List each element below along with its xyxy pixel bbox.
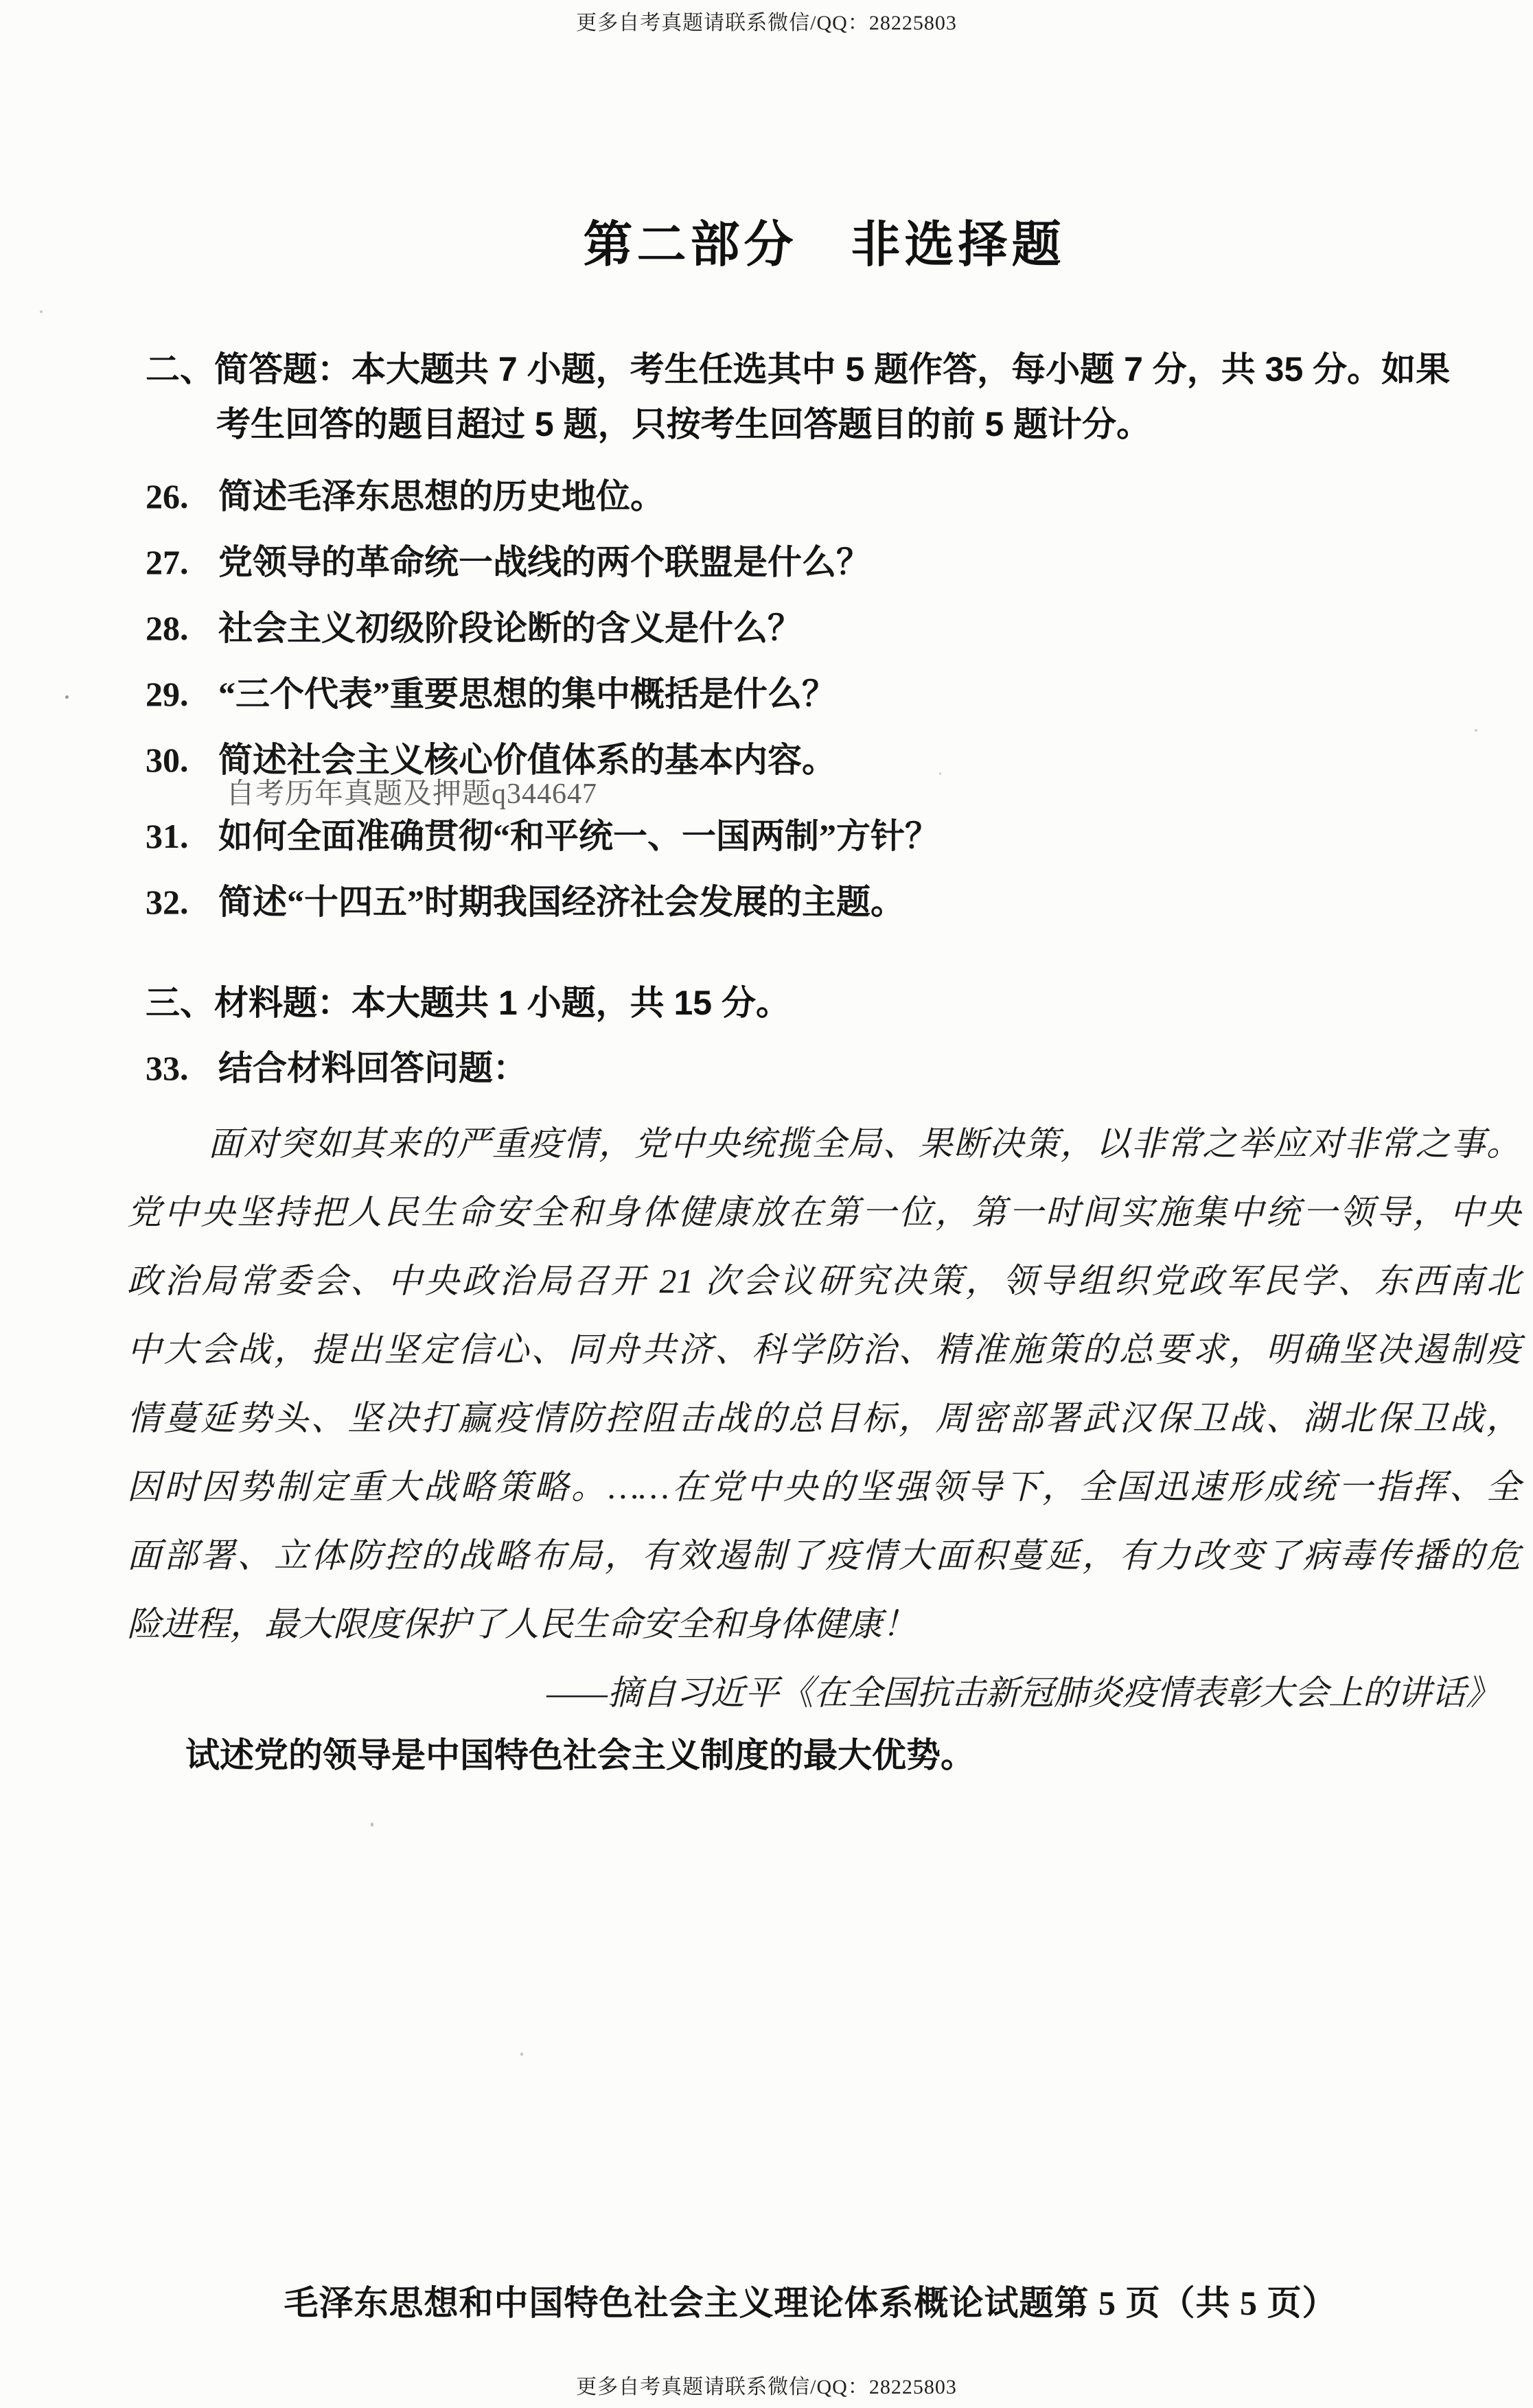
question-number: 32. <box>146 879 218 925</box>
material-line: 面部署、立体防控的战略布局，有效遏制了疫情大面积蔓延，有力改变了病毒传播的危 <box>127 1521 1521 1590</box>
seller-watermark: 自考历年真题及押题q344647 <box>226 776 1521 813</box>
question-text: “三个代表”重要思想的集中概括是什么？ <box>218 671 836 717</box>
question-number: 26. <box>146 474 218 519</box>
page-content: 二、简答题：本大题共 7 小题，考生任选其中 5 题作答，每小题 7 分，共 3… <box>146 347 1521 1778</box>
question-number: 33. <box>146 1045 218 1091</box>
scan-speck <box>939 772 941 775</box>
scan-speck <box>1475 729 1477 732</box>
question-number: 29. <box>146 671 218 717</box>
question-text: 党领导的革命统一战线的两个联盟是什么？ <box>218 540 871 585</box>
part-title: 第二部分 非选择题 <box>0 205 1533 276</box>
question-29: 29. “三个代表”重要思想的集中概括是什么？ <box>146 671 1521 717</box>
question-28: 28. 社会主义初级阶段论断的含义是什么？ <box>146 605 1521 651</box>
material-line: 面对突如其来的严重疫情，党中央统揽全局、果断决策，以非常之举应对非常之事。 <box>127 1109 1521 1178</box>
question-33: 33. 结合材料回答问题： <box>146 1045 1521 1091</box>
material-line: 中大会战，提出坚定信心、同舟共济、科学防治、精准施策的总要求，明确坚决遏制疫 <box>127 1315 1521 1384</box>
question-26: 26. 简述毛泽东思想的历史地位。 <box>146 474 1521 519</box>
question-number: 27. <box>146 540 218 585</box>
short-answer-section-heading-line2: 考生回答的题目超过 5 题，只按考生回答题目的前 5 题计分。 <box>146 402 1521 447</box>
material-line: 情蔓延势头、坚决打赢疫情防控阻击战的总目标，周密部署武汉保卫战、湖北保卫战， <box>127 1384 1521 1452</box>
material-line: 因时因势制定重大战略策略。……在党中央的坚强领导下，全国迅速形成统一指挥、全 <box>127 1452 1521 1521</box>
scan-speck <box>520 2052 523 2056</box>
material-passage: 面对突如其来的严重疫情，党中央统揽全局、果断决策，以非常之举应对非常之事。 党中… <box>127 1109 1521 1778</box>
page-footer: 毛泽东思想和中国特色社会主义理论体系概论试题第 5 页（共 5 页） <box>0 2280 1533 2326</box>
short-answer-section-heading-line1: 二、简答题：本大题共 7 小题，考生任选其中 5 题作答，每小题 7 分，共 3… <box>146 347 1521 392</box>
question-number: 30. <box>146 737 218 783</box>
question-text: 简述“十四五”时期我国经济社会发展的主题。 <box>218 879 905 925</box>
question-text: 如何全面准确贯彻“和平统一、一国两制”方针？ <box>218 813 939 859</box>
scan-speck <box>40 310 43 313</box>
question-text: 结合材料回答问题： <box>218 1045 527 1091</box>
top-contact-banner: 更多自考真题请联系微信/QQ：28225803 <box>0 5 1533 36</box>
scan-speck <box>371 1822 373 1827</box>
scan-speck <box>65 695 69 699</box>
material-line: 险进程，最大限度保护了人民生命安全和身体健康！ <box>127 1590 1521 1658</box>
question-31: 31. 如何全面准确贯彻“和平统一、一国两制”方针？ <box>146 813 1521 859</box>
material-line: 党中央坚持把人民生命安全和身体健康放在第一位，第一时间实施集中统一领导，中央 <box>127 1178 1521 1247</box>
question-text: 简述毛泽东思想的历史地位。 <box>218 474 665 519</box>
question-number: 31. <box>146 813 218 859</box>
material-attribution: ——摘自习近平《在全国抗击新冠肺炎疫情表彰大会上的讲话》 <box>127 1658 1521 1727</box>
question-number: 28. <box>146 605 218 651</box>
question-27: 27. 党领导的革命统一战线的两个联盟是什么？ <box>146 540 1521 585</box>
exam-paper-page: 更多自考真题请联系微信/QQ：28225803 第二部分 非选择题 二、简答题：… <box>0 0 1533 2408</box>
material-section-heading: 三、材料题：本大题共 1 小题，共 15 分。 <box>146 980 1521 1026</box>
question-32: 32. 简述“十四五”时期我国经济社会发展的主题。 <box>146 879 1521 925</box>
material-line: 政治局常委会、中央政治局召开 21 次会议研究决策，领导组织党政军民学、东西南北 <box>127 1247 1521 1315</box>
question-33-task: 试述党的领导是中国特色社会主义制度的最大优势。 <box>127 1733 1521 1778</box>
bottom-contact-banner: 更多自考真题请联系微信/QQ：28225803 <box>0 2370 1533 2400</box>
question-text: 社会主义初级阶段论断的含义是什么？ <box>218 605 802 651</box>
